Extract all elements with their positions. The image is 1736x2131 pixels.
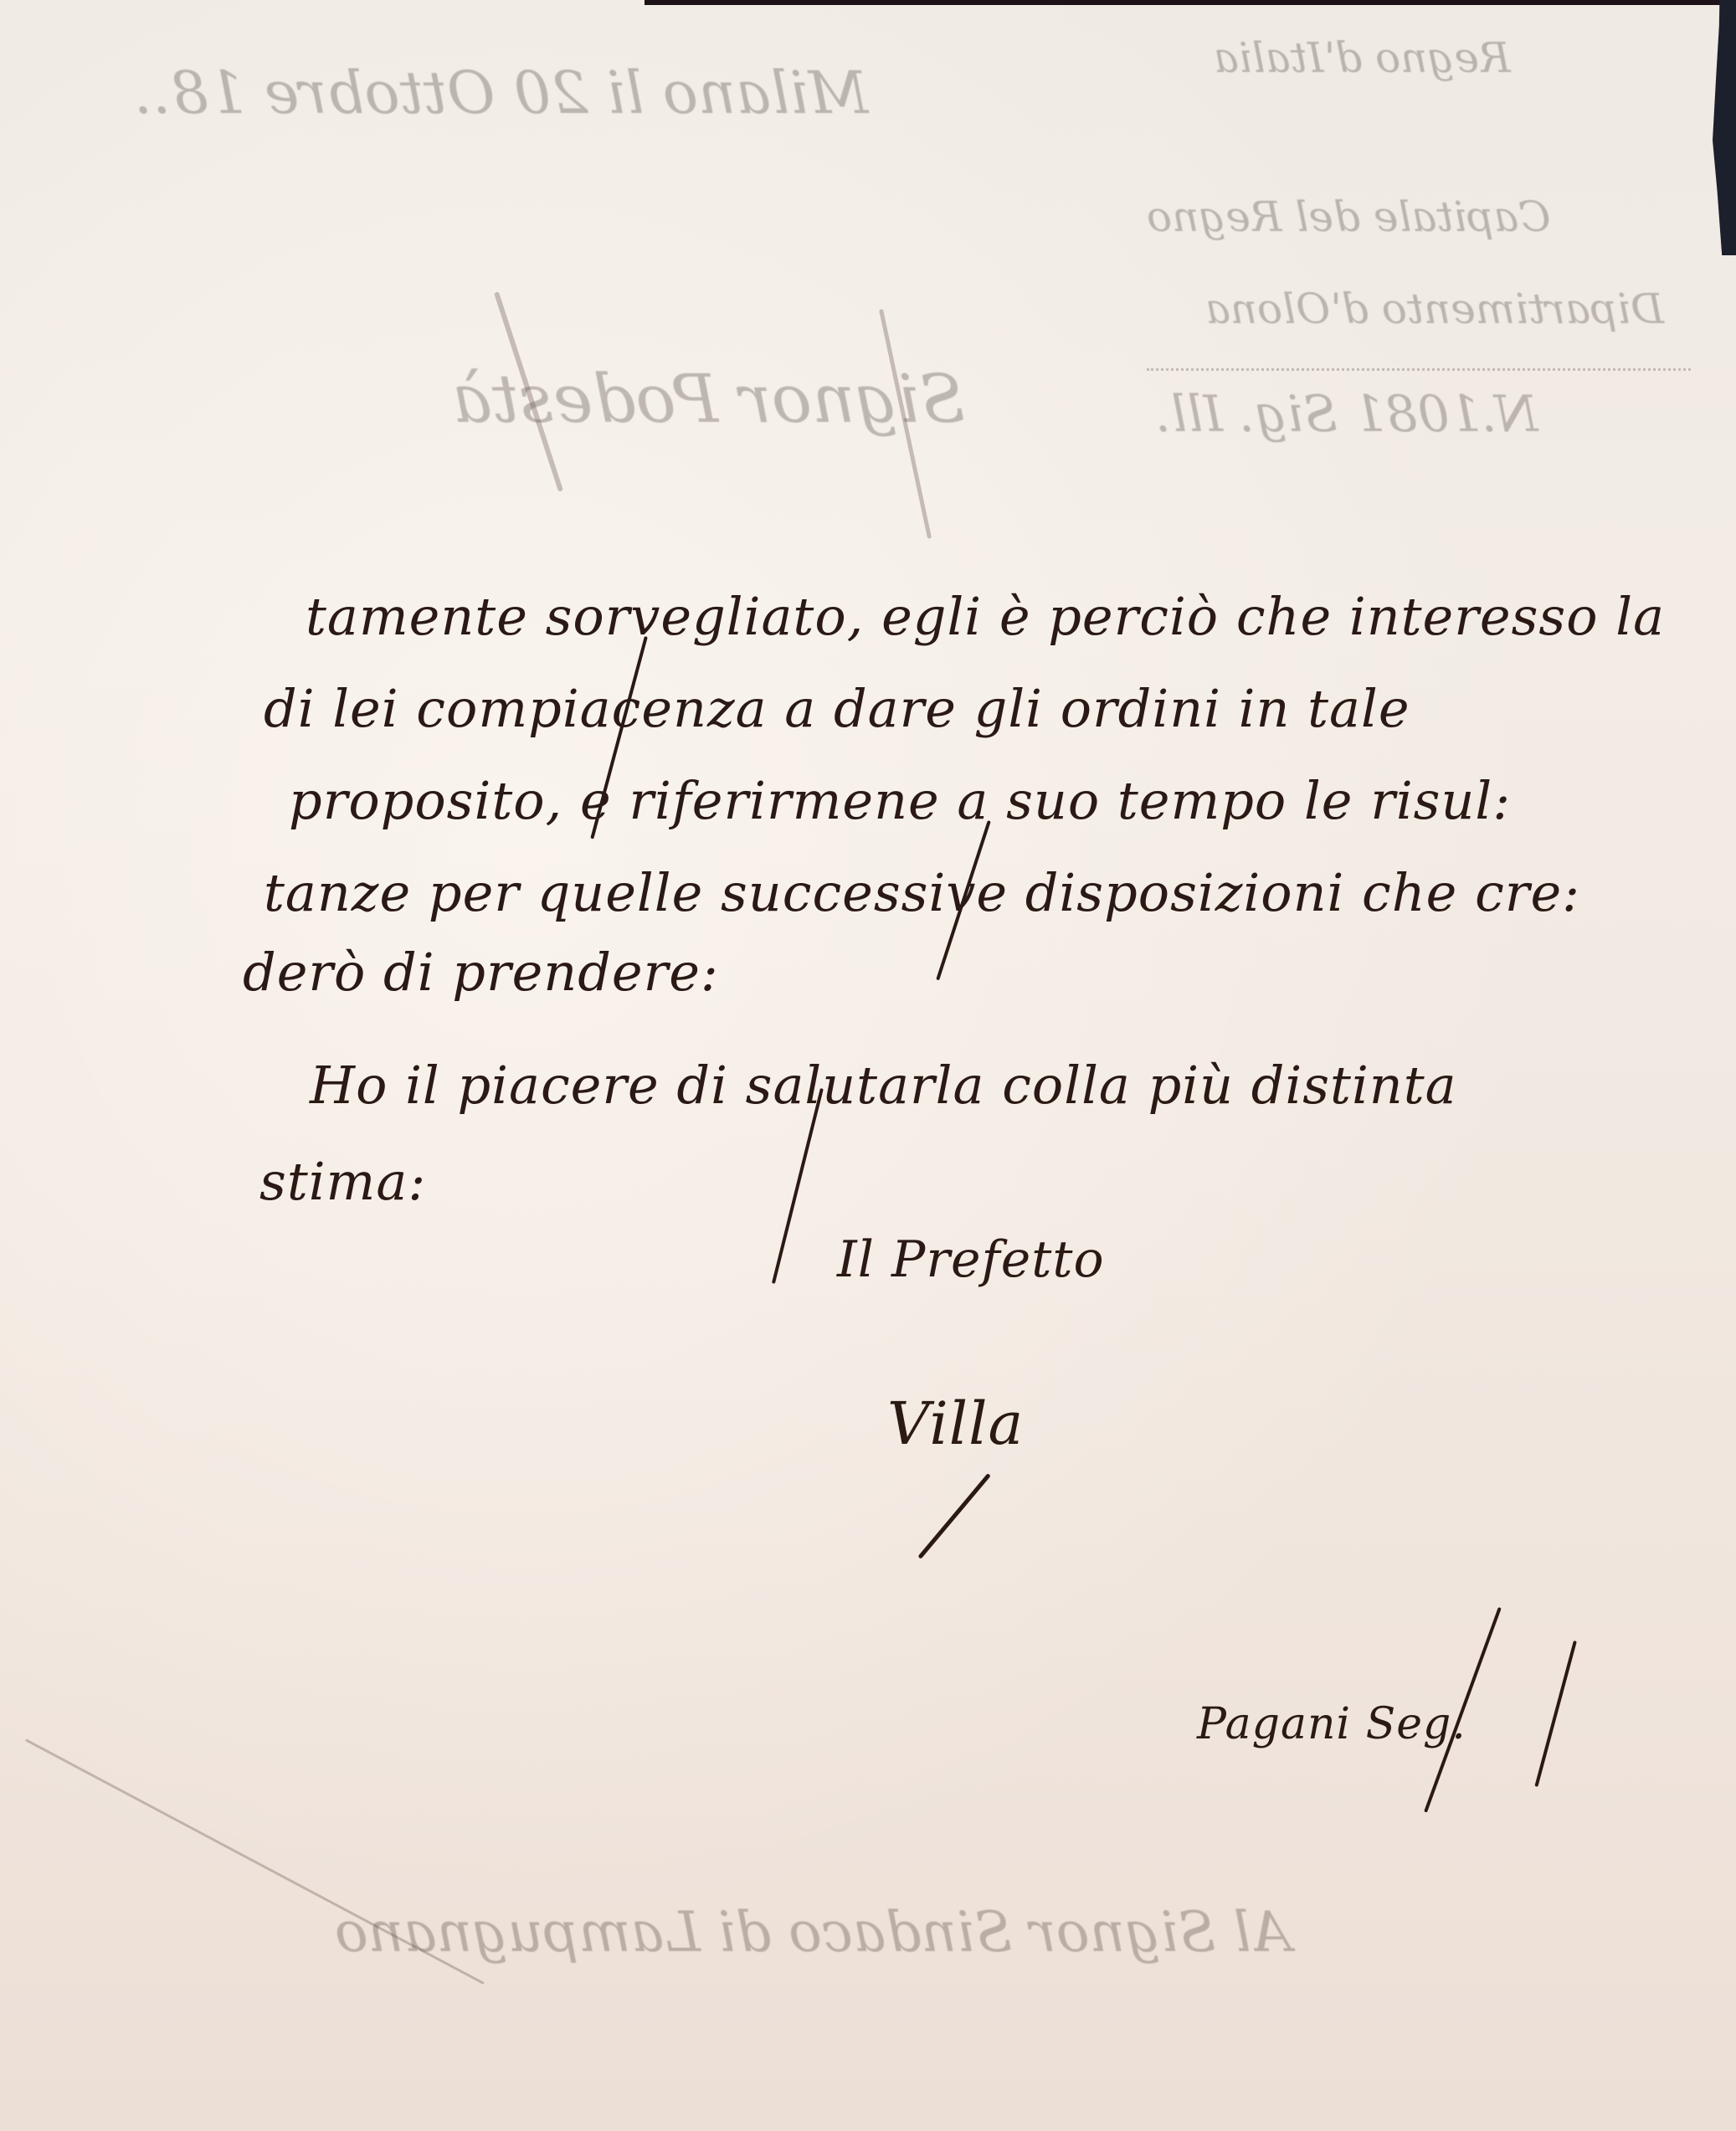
letter-line-6: Ho il piacere di salutarla colla più dis… xyxy=(310,1055,1457,1116)
letter-line-1: tamente sorvegliato, egli è perciò che i… xyxy=(306,586,1665,647)
bleed-through-address: Al Signor Sindaco di Lampugnano xyxy=(335,1900,1291,1964)
secretary-signature: Pagani Seg. xyxy=(1197,1699,1466,1749)
letter-line-2: di lei compiacenza a dare gli ordini in … xyxy=(264,678,1410,739)
letter-line-7: stima: xyxy=(259,1151,426,1212)
bleed-through-header-3: Dipartimento d'Olona xyxy=(1205,285,1664,333)
bleed-through-rule xyxy=(1147,368,1691,371)
signature-flourish xyxy=(917,1473,990,1559)
letter-line-4: tanze per quelle successive disposizioni… xyxy=(264,862,1580,923)
letter-line-5: derò di prendere: xyxy=(243,942,719,1003)
prefect-signature: Villa xyxy=(887,1389,1024,1458)
document-page: Milano li 20 Ottobre 18.. Regno d'Italia… xyxy=(0,0,1736,2131)
bleed-through-header-2: Capitale del Regno xyxy=(1147,193,1550,241)
scan-frame-top xyxy=(645,0,1736,5)
bleed-through-stroke xyxy=(25,1738,485,1985)
ink-flourish xyxy=(772,1088,824,1284)
bleed-through-header-1: Regno d'Italia xyxy=(1214,33,1511,82)
letter-line-3: proposito, e riferirmene a suo tempo le … xyxy=(289,770,1511,831)
secretary-flourish xyxy=(1534,1641,1576,1787)
bleed-through-date: Milano li 20 Ottobre 18.. xyxy=(134,59,868,127)
scan-frame-right-edge xyxy=(1713,0,1736,255)
closing-title: Il Prefetto xyxy=(837,1230,1105,1289)
bleed-through-number: N.1081 Sig. Ill. xyxy=(1155,385,1538,444)
